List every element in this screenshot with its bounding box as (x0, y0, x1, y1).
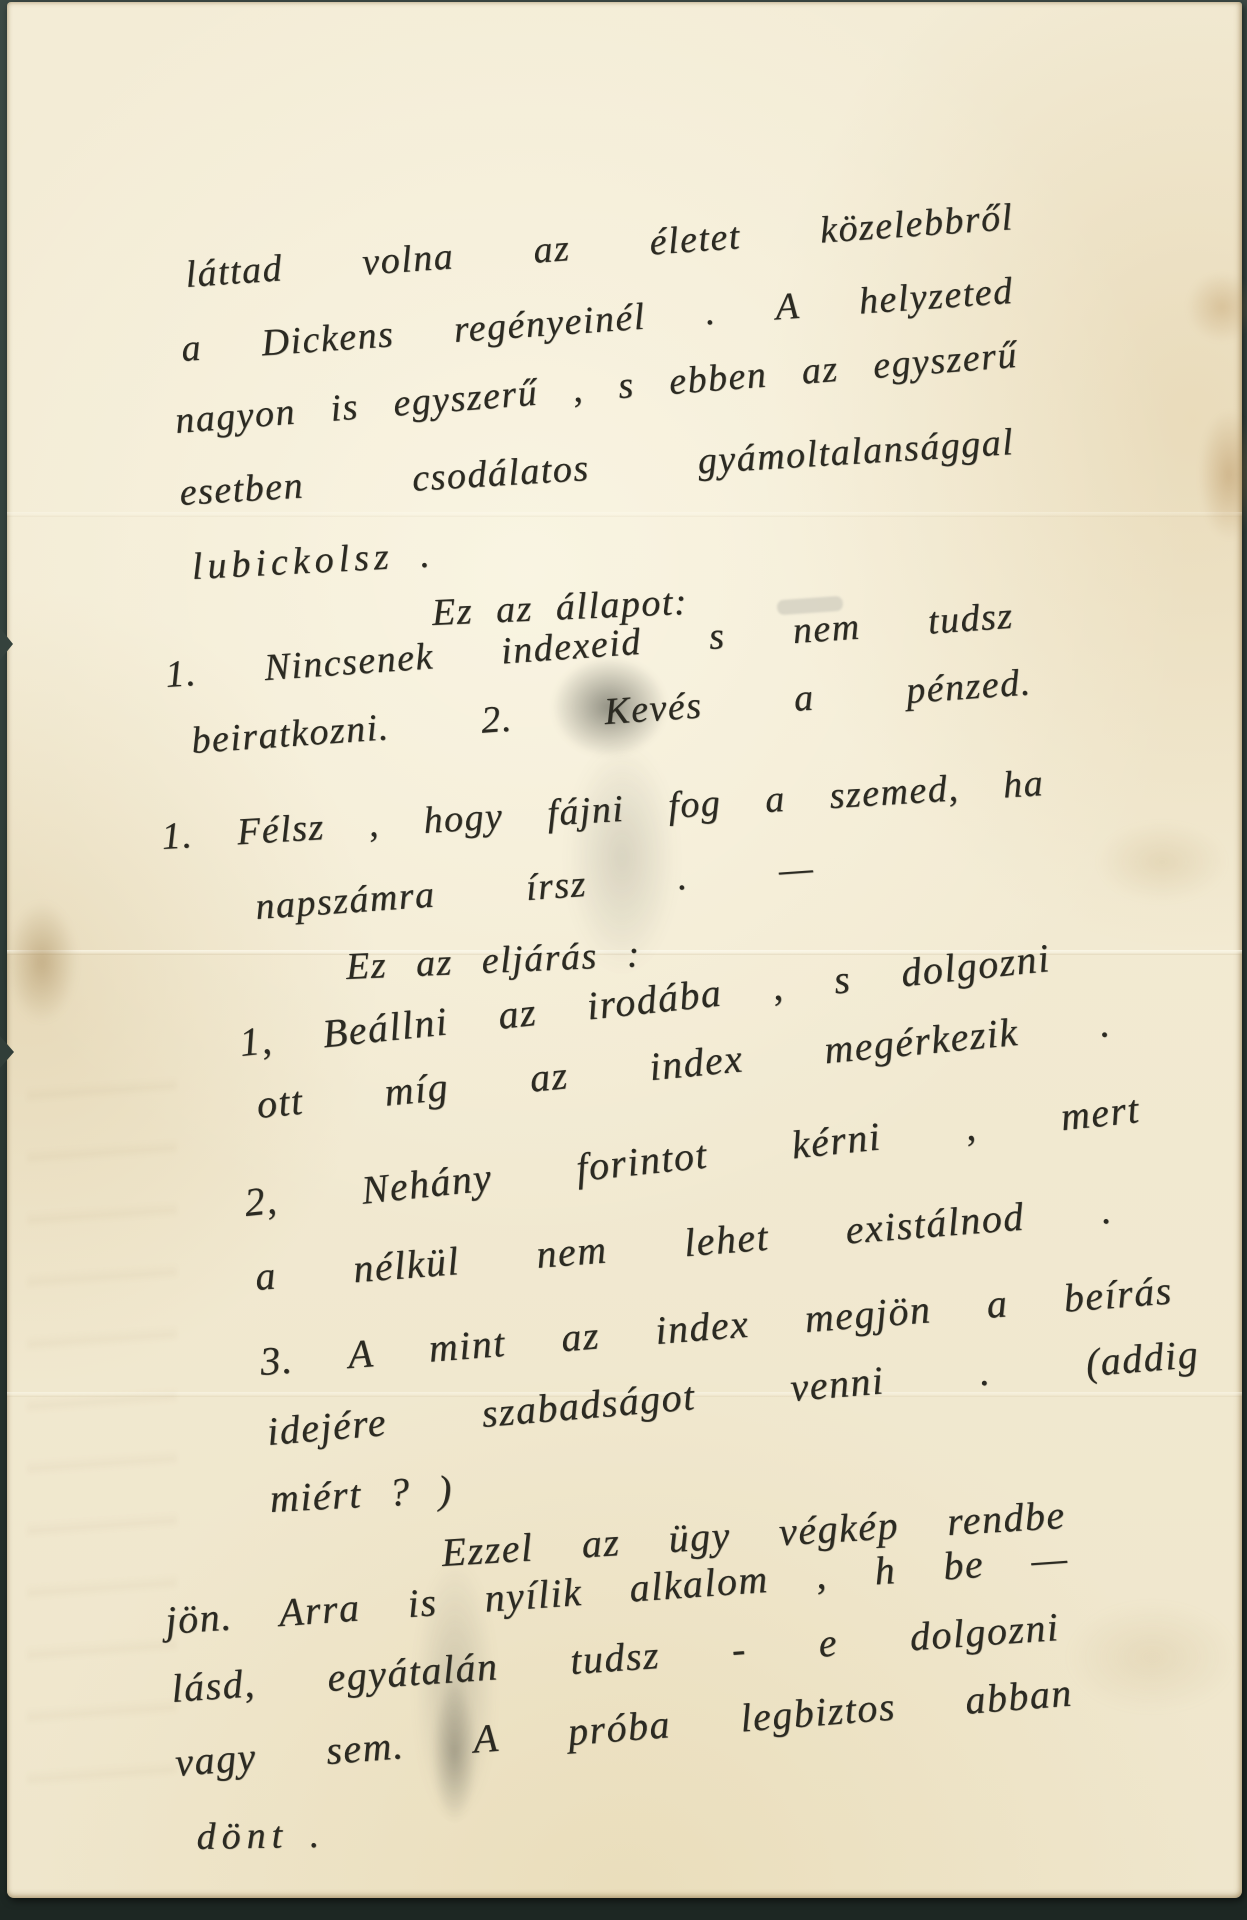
letter-line: beiratkozni. 2. Kevés a pénzed. (190, 659, 1033, 764)
letter-line: lásd, egyátalán tudsz - e dolgozni (170, 1604, 1061, 1712)
letter-line: láttad volna az életet közelebbről (184, 194, 1015, 298)
letter-line: 2, Nehány forintot kérni , mert (242, 1086, 1142, 1226)
fold-crease (7, 1392, 1242, 1397)
paper-stain (1199, 410, 1247, 540)
letter-line: lubickolsz . (191, 531, 436, 590)
paper-stain (1187, 272, 1247, 342)
letter-line: vagy sem. A próba legbiztos abban (173, 1670, 1074, 1786)
scanned-letter: láttad volna az életet közelebbrőla Dick… (0, 0, 1247, 1920)
letter-line: ott míg az index megérkezik . (255, 1000, 1113, 1128)
letter-line: 1. Félsz , hogy fájni fog a szemed, ha (160, 760, 1045, 860)
letter-line: dönt . (196, 1812, 325, 1860)
paper-stain (1097, 822, 1227, 902)
letter-line: Ez az állapot: (431, 579, 689, 636)
letter-line: napszámra írsz . — (254, 845, 816, 930)
letter-line: nagyon is egyszerű , s ebben az egyszerű (173, 332, 1019, 444)
letter-line: jön. Arra is nyílik alkalom , h be — (164, 1535, 1070, 1644)
letter-line: 1. Nincsenek indexeid s nem tudsz (164, 593, 1015, 698)
letter-line: miért ? ) (269, 1466, 454, 1522)
letter-page: láttad volna az életet közelebbrőla Dick… (7, 2, 1242, 1898)
paper-stain (7, 902, 77, 1022)
letter-line: a Dickens regényeinél . A helyzeted (180, 268, 1015, 372)
letter-line: esetben csodálatos gyámoltalansággal (178, 419, 1015, 516)
fold-crease (7, 512, 1242, 517)
ink-smudge (567, 742, 677, 972)
letter-text: láttad volna az életet közelebbrőla Dick… (7, 2, 1242, 1898)
letter-line: 1, Beállni az irodába , s dolgozni (237, 935, 1052, 1066)
letter-line: Ezzel az ügy végkép rendbe (440, 1492, 1067, 1576)
verso-ink-ghosting (27, 1062, 177, 1822)
fold-crease (7, 950, 1242, 955)
eraser-mark (777, 596, 844, 616)
ink-smudge (415, 1557, 495, 1822)
letter-line: 3. A mint az index megjön a beírás (258, 1267, 1174, 1385)
ink-smudge (432, 1682, 477, 1822)
ink-smudge (552, 657, 667, 757)
letter-line: idejére szabadságot venni . (addig (265, 1331, 1201, 1455)
letter-line: a nélkül nem lehet existálnod . (253, 1187, 1114, 1300)
paper-stain (1067, 1602, 1237, 1712)
letter-line: Ez az eljárás : (345, 931, 642, 990)
